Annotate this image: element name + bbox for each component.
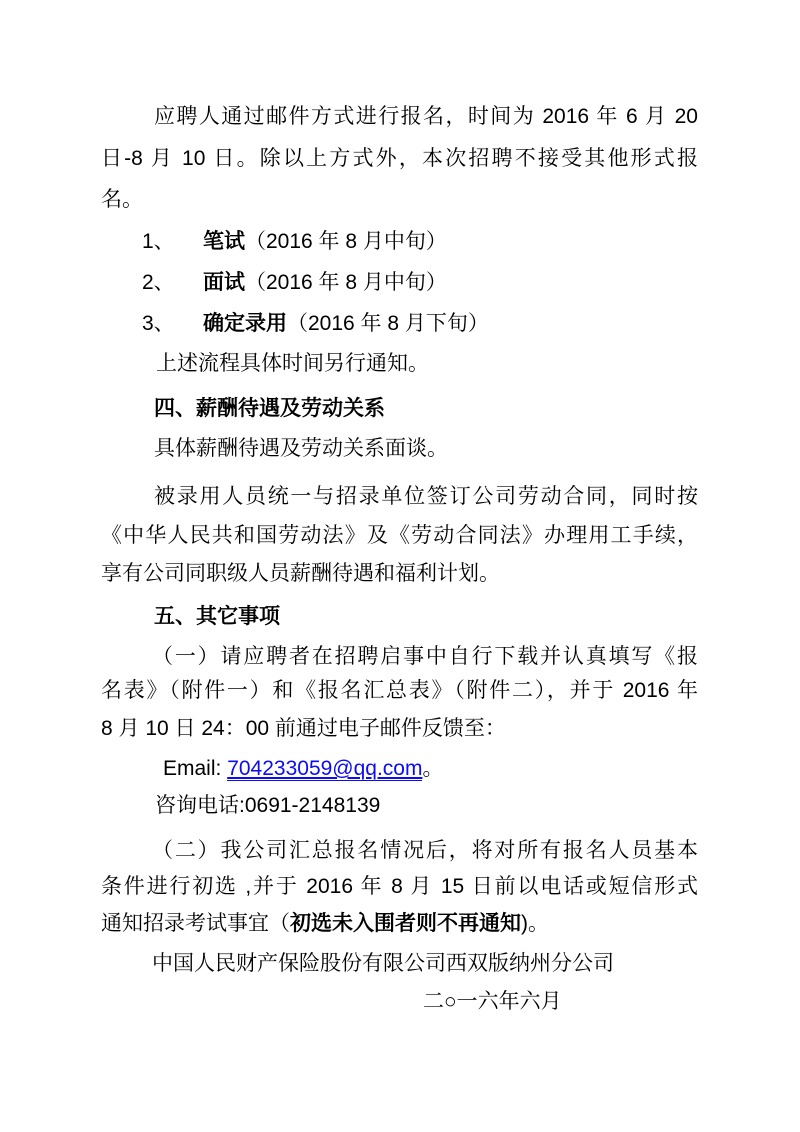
para-salary-text: 具体薪酬待遇及劳动关系面谈。 — [154, 437, 448, 460]
para-contract-line-1: 被录用人员统一与招录单位签订公司劳动合同，同时按 — [101, 476, 698, 517]
para-other2-text-3-post: )。 — [521, 912, 549, 935]
para-apply-text-3: 名。 — [101, 188, 143, 211]
para-other1-text-3: 8 月 10 日 24：00 前通过电子邮件反馈至： — [101, 717, 506, 740]
signature-company: 中国人民财产保险股份有限公司西双版纳州分公司 — [152, 943, 614, 984]
phone-text: 咨询电话:0691-2148139 — [155, 794, 380, 817]
heading-section-4-text: 四、薪酬待遇及劳动关系 — [154, 397, 385, 420]
para-other1-text-2: 名表》（附件一）和《报名汇总表》（附件二），并于 2016 年 — [101, 679, 698, 702]
list-item-2-number: 2、 — [142, 262, 203, 303]
heading-section-5: 五、其它事项 — [154, 596, 280, 637]
email-link[interactable]: 704233059@qq.com — [227, 757, 422, 781]
para-apply-text-1: 应聘人通过邮件方式进行报名，时间为 2016 年 6 月 20 — [154, 105, 698, 128]
list-item-1-detail: （2016 年 8 月中旬） — [245, 230, 447, 253]
list-item-1-number: 1、 — [142, 221, 203, 262]
para-other2-text-3-bold: 初选未入围者则不再通知 — [290, 912, 521, 935]
para-other1-line-3: 8 月 10 日 24：00 前通过电子邮件反馈至： — [101, 708, 506, 749]
heading-section-4: 四、薪酬待遇及劳动关系 — [154, 388, 385, 429]
list-item-interview: 2、面试（2016 年 8 月中旬） — [142, 262, 447, 303]
signature-date: 二○一六年六月 — [423, 981, 562, 1022]
para-contract-text-1: 被录用人员统一与招录单位签订公司劳动合同，同时按 — [154, 485, 698, 508]
para-other2-text-1: （二）我公司汇总报名情况后，将对所有报名人员基本 — [152, 839, 698, 862]
list-item-3-number: 3、 — [142, 303, 203, 344]
process-note-text: 上述流程具体时间另行通知。 — [156, 352, 429, 375]
list-item-1-title: 笔试 — [203, 230, 245, 253]
list-item-written-test: 1、笔试（2016 年 8 月中旬） — [142, 221, 447, 262]
para-other2-line-3: 通知招录考试事宜（初选未入围者则不再通知)。 — [101, 903, 549, 944]
heading-section-5-text: 五、其它事项 — [154, 605, 280, 628]
para-other1-line-2: 名表》（附件一）和《报名汇总表》（附件二），并于 2016 年 — [101, 670, 698, 711]
para-other2-line-1: （二）我公司汇总报名情况后，将对所有报名人员基本 — [101, 830, 698, 871]
para-contract-line-3: 享有公司同职级人员薪酬待遇和福利计划。 — [101, 553, 500, 594]
list-item-3-detail: （2016 年 8 月下旬） — [287, 312, 489, 335]
para-contract-text-2: 《中华人民共和国劳动法》及《劳动合同法》办理用工手续， — [101, 524, 698, 547]
signature-company-text: 中国人民财产保险股份有限公司西双版纳州分公司 — [152, 952, 614, 975]
para-apply-line-3: 名。 — [101, 179, 143, 220]
para-other2-text-2: 条件进行初选 ,并于 2016 年 8 月 15 日前以电话或短信形式 — [101, 875, 698, 898]
para-apply-line-2: 日-8 月 10 日。除以上方式外，本次招聘不接受其他形式报 — [101, 138, 698, 179]
para-apply-line-1: 应聘人通过邮件方式进行报名，时间为 2016 年 6 月 20 — [101, 96, 698, 137]
list-item-hiring: 3、确定录用（2016 年 8 月下旬） — [142, 303, 489, 344]
document-page: 应聘人通过邮件方式进行报名，时间为 2016 年 6 月 20 日-8 月 10… — [0, 0, 800, 1132]
email-line: Email: 704233059@qq.com。 — [163, 748, 443, 789]
email-suffix: 。 — [422, 757, 443, 780]
list-item-2-title: 面试 — [203, 271, 245, 294]
para-other2-line-2: 条件进行初选 ,并于 2016 年 8 月 15 日前以电话或短信形式 — [101, 866, 698, 907]
phone-line: 咨询电话:0691-2148139 — [155, 785, 380, 826]
para-other1-text-1: （一）请应聘者在招聘启事中自行下载并认真填写《报 — [152, 645, 698, 668]
para-contract-text-3: 享有公司同职级人员薪酬待遇和福利计划。 — [101, 562, 500, 585]
para-salary: 具体薪酬待遇及劳动关系面谈。 — [154, 428, 448, 469]
email-label: Email: — [163, 757, 227, 780]
para-contract-line-2: 《中华人民共和国劳动法》及《劳动合同法》办理用工手续， — [101, 515, 698, 556]
signature-date-text: 二○一六年六月 — [423, 990, 562, 1013]
list-item-3-title: 确定录用 — [203, 312, 287, 335]
list-item-2-detail: （2016 年 8 月中旬） — [245, 271, 447, 294]
para-apply-text-2: 日-8 月 10 日。除以上方式外，本次招聘不接受其他形式报 — [101, 147, 698, 170]
process-note: 上述流程具体时间另行通知。 — [156, 343, 429, 384]
para-other2-text-3-pre: 通知招录考试事宜（ — [101, 912, 290, 935]
